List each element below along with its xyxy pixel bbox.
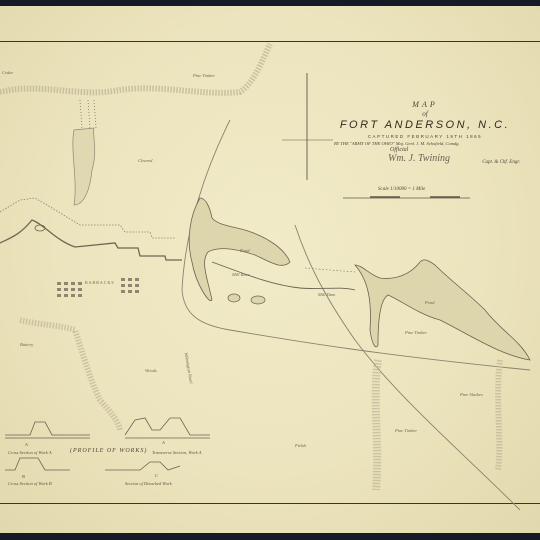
- map-subtitle: CAPTURED FEBRUARY 19TH 1865: [330, 134, 520, 139]
- label-pine-timber-lower: Pine Timber: [395, 428, 417, 433]
- marker-c: C: [155, 473, 158, 478]
- profile-drawings: [5, 418, 210, 470]
- label-pond-east: Pond: [425, 300, 435, 305]
- label-barracks: BARRACKS: [85, 280, 115, 285]
- title-of: of: [330, 110, 520, 118]
- label-cleared: Cleared: [138, 158, 152, 163]
- profile-c-section: Section of Detached Work: [125, 481, 172, 486]
- label-fields: Fields: [295, 443, 306, 448]
- label-battery: Battery: [20, 342, 33, 347]
- label-pine-timber-top: Pine Timber: [193, 73, 215, 78]
- fort-line: [0, 220, 182, 260]
- marker-a2: A: [162, 440, 165, 445]
- label-mill-race: Mill Race: [232, 272, 250, 277]
- label-pine-slashes: Pine Slashes: [460, 392, 483, 397]
- profile-b-cross: Cross Section of Work B: [8, 481, 52, 486]
- label-left-edge: Cedar: [2, 70, 13, 75]
- map-attribution: BY THE "ARMY OF THE OHIO" Maj. Genl. J. …: [330, 141, 520, 146]
- title-map: MAP: [330, 100, 520, 109]
- profiles-heading: (PROFILE OF WORKS): [70, 448, 147, 454]
- scale-label: Scale 1/10000 = 1 Mile: [378, 187, 425, 192]
- scan-frame: MAP of FORT ANDERSON, N.C. CAPTURED FEBR…: [0, 0, 540, 540]
- label-woods: Woods: [145, 368, 157, 373]
- map-title: FORT ANDERSON, N.C.: [330, 119, 520, 131]
- profile-a-transverse: Transverse Section, Work A: [152, 450, 202, 455]
- pond-east: [355, 260, 530, 360]
- map-drawing: [0, 0, 540, 540]
- profile-a-cross: Cross Section of Work A: [8, 450, 52, 455]
- marker-a1: A: [25, 442, 28, 447]
- creek-pond: [73, 128, 95, 205]
- label-pine-timber-mid: Pine Timber: [405, 330, 427, 335]
- label-pond-west: Pond: [240, 248, 250, 253]
- title-cartouche: MAP of FORT ANDERSON, N.C. CAPTURED FEBR…: [330, 100, 520, 165]
- label-mill-dam: Mill Dam: [318, 292, 335, 297]
- marker-b: B: [22, 474, 25, 479]
